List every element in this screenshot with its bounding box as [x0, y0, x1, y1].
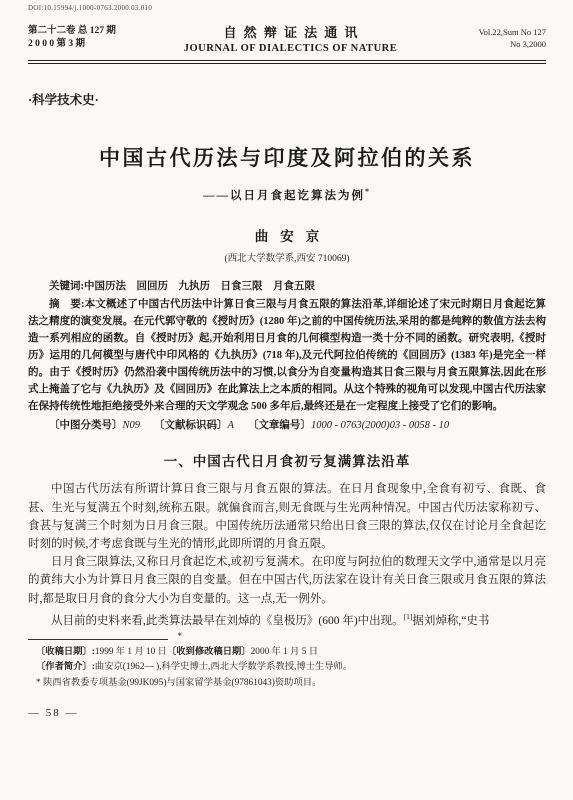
article-subtitle: ——以日月食起讫算法为例*: [28, 187, 546, 203]
funding-text: 陕西省教委专项基金(99JK095)与国家留学基金(97861043)资助项目。: [43, 678, 321, 688]
footnote-funding: * 陕西省教委专项基金(99JK095)与国家留学基金(97861043)资助项…: [36, 676, 546, 692]
footnote-separator-mark: *: [178, 631, 183, 641]
paragraph-3-text-cont: 据刘焯称,“史书: [412, 615, 489, 627]
clc-label: 〔中图分类号〕: [49, 420, 123, 431]
funding-mark: *: [36, 678, 41, 688]
volume-line-1: 第二十二卷 总 127 期: [28, 25, 153, 38]
page-number: — 58 —: [28, 707, 546, 719]
keywords-label: 关键词:: [49, 281, 84, 292]
abstract-text: 本文概述了中国古代历法中计算日食三限与月食五限的算法沿革,详细论述了宋元时期日月…: [28, 299, 546, 412]
received-date-value: 1999 年 1 月 10 日: [95, 647, 167, 657]
revised-date-label: 〔收到修改稿日期〕: [167, 647, 251, 657]
author-affiliation: (西北大学数学系,西安 710069): [28, 250, 546, 264]
journal-masthead: 第二十二卷 总 127 期 2 0 0 0 第 3 期 自然辩证法通讯 JOUR…: [28, 22, 546, 54]
column-section-label: ·科学技术史·: [28, 90, 546, 108]
volume-line-2: 2 0 0 0 第 3 期: [28, 38, 153, 51]
footnote-author-bio: 〔作者简介〕:曲安京(1962— ),科学史博士,西北大学数学系教授,博士生导师…: [36, 660, 546, 676]
abstract-label: 摘 要:: [49, 299, 85, 310]
received-date-label: 〔收稿日期〕:: [36, 647, 95, 657]
abstract-block: 关键词:中国历法 回回历 九执历 日食三限 月食五限 摘 要:本文概述了中国古代…: [28, 278, 546, 434]
volume-issue-en: Vol.22,Sum No 127 No 3,2000: [428, 26, 546, 50]
footnote-separator: *: [28, 639, 168, 640]
subtitle-footnote-mark: *: [365, 188, 371, 197]
body-paragraph-1: 中国古代历法有所谓计算日食三限与月食五限的算法。在日月食现象中,全食有初亏、食既…: [28, 480, 546, 553]
keywords-text: 中国历法 回回历 九执历 日食三限 月食五限: [84, 281, 315, 292]
keywords-line: 关键词:中国历法 回回历 九执历 日食三限 月食五限: [28, 278, 546, 295]
subtitle-text: ——以日月食起讫算法为例: [203, 190, 365, 202]
article-title: 中国古代历法与印度及阿拉伯的关系: [28, 142, 546, 172]
journal-page: DOI:10.15994/j.1000-0763.2000.03.010 第二十…: [0, 0, 573, 800]
article-id-label: 〔文章编号〕: [248, 420, 311, 431]
doi-line: DOI:10.15994/j.1000-0763.2000.03.010: [28, 4, 546, 12]
volume-issue-cn: 第二十二卷 总 127 期 2 0 0 0 第 3 期: [28, 25, 153, 51]
article-id-value: 1000 - 0763(2000)03 - 0058 - 10: [311, 420, 449, 431]
header-divider: [28, 60, 546, 64]
doc-code-value: A: [228, 420, 248, 431]
footnotes-block: 〔收稿日期〕:1999 年 1 月 10 日〔收到修改稿日期〕2000 年 1 …: [28, 645, 546, 692]
abstract-paragraph: 摘 要:本文概述了中国古代历法中计算日食三限与月食五限的算法沿革,详细论述了宋元…: [28, 296, 546, 415]
author-bio-text: 曲安京(1962— ),科学史博士,西北大学数学系教授,博士生导师。: [95, 662, 352, 672]
paragraph-3-text: 从目前的史料来看,此类算法最早在刘焯的《皇极历》(600 年)中出现。: [51, 615, 404, 627]
section-heading-1: 一、中国古代日月食初亏复满算法沿革: [28, 450, 546, 470]
journal-title-en: JOURNAL OF DIALECTICS OF NATURE: [153, 43, 428, 54]
author-name: 曲安京: [28, 225, 546, 245]
journal-title-block: 自然辩证法通讯 JOURNAL OF DIALECTICS OF NATURE: [153, 22, 428, 54]
vol-en-line-2: No 3,2000: [428, 38, 546, 50]
vol-en-line-1: Vol.22,Sum No 127: [428, 26, 546, 38]
doc-code-label: 〔文献标识码〕: [154, 420, 228, 431]
journal-title-cn: 自然辩证法通讯: [153, 22, 428, 41]
clc-value: N09: [123, 420, 155, 431]
footnote-received-date: 〔收稿日期〕:1999 年 1 月 10 日〔收到修改稿日期〕2000 年 1 …: [36, 645, 546, 661]
classification-line: 〔中图分类号〕N09〔文献标识码〕A〔文章编号〕1000 - 0763(2000…: [28, 417, 546, 434]
body-paragraph-3: 从目前的史料来看,此类算法最早在刘焯的《皇极历》(600 年)中出现。[1]据刘…: [28, 608, 546, 630]
author-bio-label: 〔作者简介〕:: [36, 662, 95, 672]
revised-date-value: 2000 年 1 月 5 日: [251, 647, 318, 657]
body-paragraph-2: 日月食三限算法,又称日月食起讫术,或初亏复满术。在印度与阿拉伯的数理天文学中,通…: [28, 553, 546, 608]
